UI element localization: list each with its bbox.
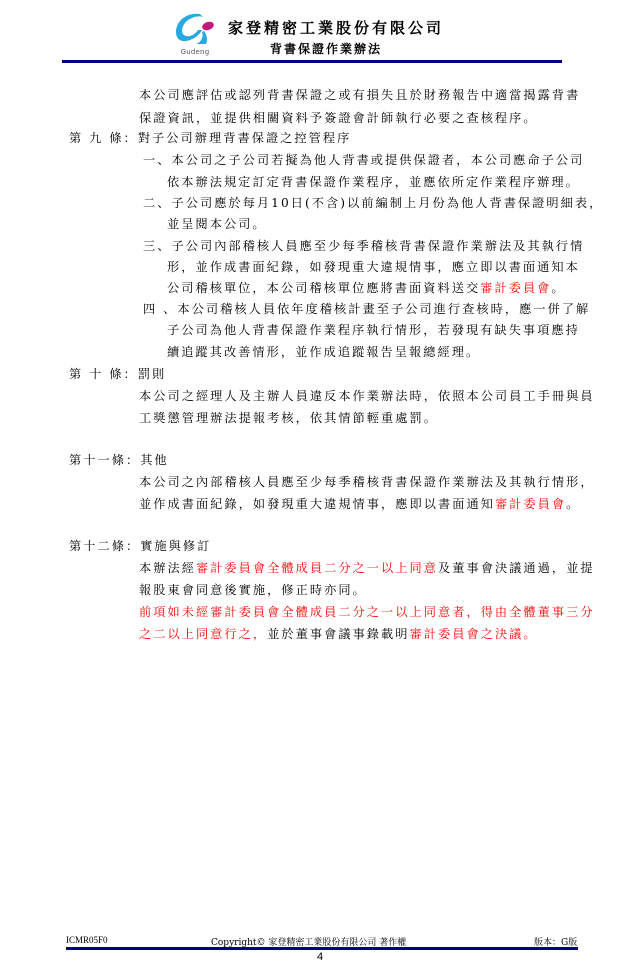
item-number: 二、 [143, 196, 171, 210]
article-9-heading: 第 九 條：對子公司辦理背書保證之控管程序 [69, 130, 351, 146]
article-label: 第十一條： [69, 453, 140, 467]
highlight-audit-committee: 審計委員會全體成員二分之一以上同意 [196, 561, 438, 575]
article-label: 第十二條： [69, 539, 140, 553]
paragraph-line: 本公司之經理人及主辦人員違反本作業辦法時，依照本公司員工手冊與員 [139, 388, 595, 404]
document-title: 背書保證作業辦法 [270, 40, 382, 57]
highlight-audit-committee: 審計委員會 [495, 497, 566, 511]
article-11-heading: 第十一條：其他 [69, 452, 169, 468]
paragraph-line: 本公司之內部稽核人員應至少每季稽核背書保證作業辦法及其執行情形， [139, 474, 595, 490]
item-text: 子公司應於每月10日(不含)以前編制上月份為他人背書保證明細表， [171, 196, 603, 210]
article-title: 對子公司辦理背書保證之控管程序 [138, 131, 352, 145]
article-12-heading: 第十二條：實施與修訂 [69, 538, 211, 554]
item-text: 子公司為他人背書保證作業程序執行情形，若發現有缺失事項應持 [167, 322, 580, 338]
page-header: Gudeng 家登精密工業股份有限公司 背書保證作業辦法 [0, 0, 640, 64]
article-title: 實施與修訂 [140, 539, 211, 553]
item-text: 續追蹤其改善情形，並作成追蹤報告呈報總經理。 [167, 344, 480, 360]
paragraph-line: 工獎懲管理辦法提報考核，依其情節輕重處罰。 [139, 410, 438, 426]
item-number: 三、 [143, 239, 171, 253]
paragraph-line-red: 前項如未經審計委員會全體成員二分之一以上同意者，得由全體董事三分 [139, 604, 595, 620]
paragraph-line: 本公司應評估或認列背書保證之或有損失且於財務報告中適當揭露背書 [139, 87, 580, 103]
article-label: 第 十 條： [69, 367, 138, 381]
text-segment-red: 審計委員會之決議。 [410, 627, 538, 641]
article-label: 第 九 條： [69, 131, 138, 145]
paragraph-line: 保證資訊，並提供相關資料予簽證會計師執行必要之查核程序。 [139, 110, 538, 126]
paragraph-line: 之二以上同意行之，並於董事會議事錄載明審計委員會之決議。 [139, 626, 538, 642]
text-segment: 。 [566, 497, 580, 511]
form-code: ICMR05F0 [66, 935, 108, 945]
item-number: 四 、 [143, 302, 177, 316]
list-item: 二、子公司應於每月10日(不含)以前編制上月份為他人背書保證明細表， [143, 195, 603, 211]
logo-icon [170, 10, 220, 50]
logo-text: Gudeng [170, 48, 220, 56]
item-number: 一、 [143, 153, 171, 167]
article-title: 罰則 [138, 367, 166, 381]
item-text: 子公司內部稽核人員應至少每季稽核背書保證作業辦法及其執行情 [171, 239, 584, 253]
article-10-heading: 第 十 條：罰則 [69, 366, 166, 382]
text-segment: 並於董事會議事錄載明 [267, 627, 409, 641]
page-number: 4 [0, 951, 640, 963]
paragraph-line: 報股東會同意後實施，修正時亦同。 [139, 582, 367, 598]
company-name: 家登精密工業股份有限公司 [228, 17, 444, 38]
list-item: 四 、本公司稽核人員依年度稽核計畫至子公司進行查核時，應一併了解 [143, 301, 590, 317]
item-text: 並呈閱本公司。 [167, 216, 267, 232]
text-segment: 公司稽核單位，本公司稽核單位應將書面資料送交 [167, 281, 480, 295]
item-text: 本公司稽核人員依年度稽核計畫至子公司進行查核時，應一併了解 [177, 302, 590, 316]
text-segment: 本辦法經 [139, 561, 196, 575]
paragraph-line: 本辦法經審計委員會全體成員二分之一以上同意及董事會決議通過，並提 [139, 560, 595, 576]
gudeng-logo: Gudeng [170, 10, 220, 60]
article-title: 其他 [140, 453, 168, 467]
item-text: 形，並作成書面紀錄，如發現重大違規情事，應立即以書面通知本 [167, 259, 580, 275]
item-text: 本公司之子公司若擬為他人背書或提供保證者，本公司應命子公司 [171, 153, 584, 167]
list-item: 三、子公司內部稽核人員應至少每季稽核背書保證作業辦法及其執行情 [143, 238, 584, 254]
text-segment: 並作成書面紀錄，如發現重大違規情事，應即以書面通知 [139, 497, 495, 511]
highlight-audit-committee: 審計委員會 [480, 281, 551, 295]
item-text: 依本辦法規定訂定背書保證作業程序，並應依所定作業程序辦理。 [167, 174, 580, 190]
header-divider [62, 60, 562, 63]
item-text: 公司稽核單位，本公司稽核單位應將書面資料送交審計委員會。 [167, 280, 566, 296]
text-segment: 及董事會決議通過，並提 [438, 561, 595, 575]
list-item: 一、本公司之子公司若擬為他人背書或提供保證者，本公司應命子公司 [143, 152, 584, 168]
paragraph-line: 並作成書面紀錄，如發現重大違規情事，應即以書面通知審計委員會。 [139, 496, 580, 512]
footer-divider [66, 947, 578, 950]
text-segment: 。 [551, 281, 565, 295]
text-segment-red: 之二以上同意行之， [139, 627, 267, 641]
